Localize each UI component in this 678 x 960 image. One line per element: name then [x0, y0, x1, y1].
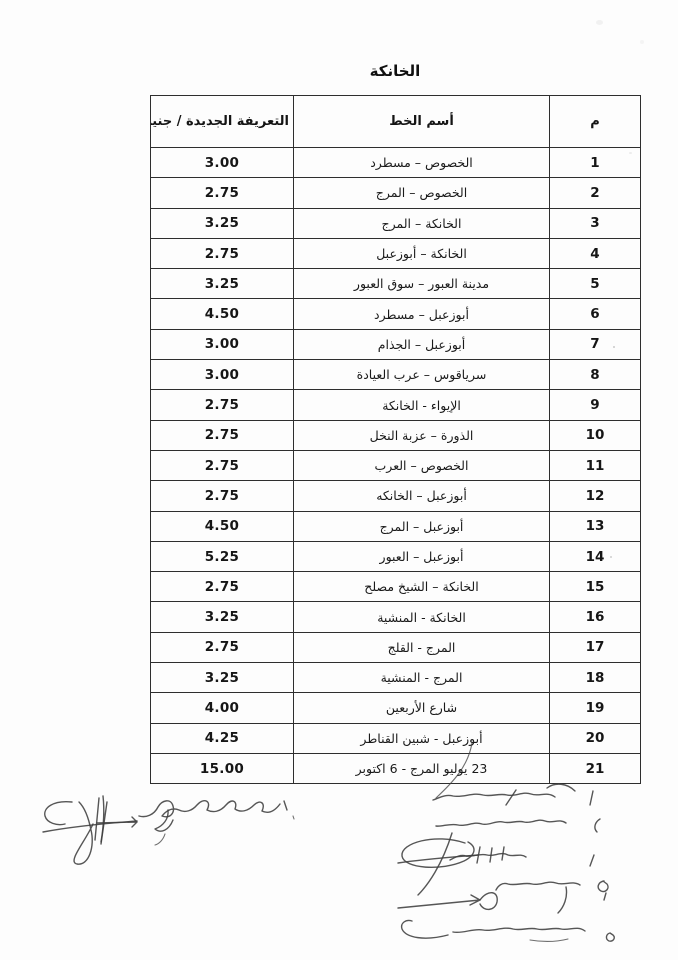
route-name: الخصوص – مسطرد	[294, 148, 550, 178]
fare-value: 3.25	[151, 602, 294, 632]
route-name: أبوزعبل – العبور	[294, 541, 550, 571]
route-name: الذورة – عزبة النخل	[294, 420, 550, 450]
row-number: 3	[550, 208, 641, 238]
route-name: المرج - المنشية	[294, 663, 550, 693]
table-row: 15 الخانكة – الشيخ مصلح 2.75	[151, 572, 641, 602]
table-row: 13 أبوزعبل – المرج 4.50	[151, 511, 641, 541]
route-name: أبوزعبل - شبين القناطر	[294, 723, 550, 753]
table-row: 17 المرج - القلج 2.75	[151, 632, 641, 662]
table-row: 10 الذورة – عزبة النخل 2.75	[151, 420, 641, 450]
route-name: أبوزعبل – مسطرد	[294, 299, 550, 329]
route-name: أبوزعبل – الخانكه	[294, 481, 550, 511]
fare-value: 2.75	[151, 178, 294, 208]
fare-value: 3.00	[151, 148, 294, 178]
row-number: 10	[550, 420, 641, 450]
route-name: الخصوص – المرج	[294, 178, 550, 208]
table-row: 6 أبوزعبل – مسطرد 4.50	[151, 299, 641, 329]
table-row: 12 أبوزعبل – الخانكه 2.75	[151, 481, 641, 511]
fare-value: 2.75	[151, 481, 294, 511]
row-number: 20	[550, 723, 641, 753]
row-number: 4	[550, 238, 641, 268]
header-number: م	[550, 96, 641, 148]
route-name: المرج - القلج	[294, 632, 550, 662]
table-row: 4 الخانكة – أبوزعبل 2.75	[151, 238, 641, 268]
document-page: الخانكة م أسم الخط التعريفة الجديدة / جن…	[0, 0, 678, 960]
table-row: 3 الخانكة – المرج 3.25	[151, 208, 641, 238]
fare-table: م أسم الخط التعريفة الجديدة / جنيه 1 الخ…	[150, 95, 641, 784]
fare-value: 2.75	[151, 450, 294, 480]
row-number: 8	[550, 360, 641, 390]
fare-value: 4.25	[151, 723, 294, 753]
table-row: 8 سرياقوس – عرب العيادة 3.00	[151, 360, 641, 390]
table-row: 19 شارع الأربعين 4.00	[151, 693, 641, 723]
fare-value: 4.00	[151, 693, 294, 723]
row-number: 15	[550, 572, 641, 602]
row-number: 13	[550, 511, 641, 541]
row-number: 12	[550, 481, 641, 511]
table-row: 7 أبوزعبل – الجذام 3.00	[151, 329, 641, 359]
fare-value: 5.25	[151, 541, 294, 571]
table-row: 14 أبوزعبل – العبور 5.25	[151, 541, 641, 571]
signature-left	[15, 790, 325, 895]
table-row: 5 مدينة العبور – سوق العبور 3.25	[151, 269, 641, 299]
fare-value: 2.75	[151, 238, 294, 268]
fare-value: 4.50	[151, 299, 294, 329]
table-row: 1 الخصوص – مسطرد 3.00	[151, 148, 641, 178]
route-name: 23 يوليو المرج - 6 اكتوبر	[294, 753, 550, 783]
row-number: 6	[550, 299, 641, 329]
table-row: 2 الخصوص – المرج 2.75	[151, 178, 641, 208]
row-number: 21	[550, 753, 641, 783]
route-name: الخصوص – العرب	[294, 450, 550, 480]
header-line-name: أسم الخط	[294, 96, 550, 148]
header-row: م أسم الخط التعريفة الجديدة / جنيه	[151, 96, 641, 148]
fare-value: 2.75	[151, 390, 294, 420]
table-row: 16 الخانكة - المنشية 3.25	[151, 602, 641, 632]
row-number: 5	[550, 269, 641, 299]
route-name: الخانكة – المرج	[294, 208, 550, 238]
page-title: الخانكة	[150, 62, 640, 80]
route-name: الخانكة - المنشية	[294, 602, 550, 632]
row-number: 14	[550, 541, 641, 571]
row-number: 19	[550, 693, 641, 723]
fare-value: 3.00	[151, 360, 294, 390]
row-number: 11	[550, 450, 641, 480]
fare-value: 3.25	[151, 663, 294, 693]
table-row: 9 الإيواء - الخانكة 2.75	[151, 390, 641, 420]
table-row: 11 الخصوص – العرب 2.75	[151, 450, 641, 480]
row-number: 16	[550, 602, 641, 632]
row-number: 17	[550, 632, 641, 662]
fare-table-header: م أسم الخط التعريفة الجديدة / جنيه	[151, 96, 641, 148]
table-row: 18 المرج - المنشية 3.25	[151, 663, 641, 693]
fare-value: 3.25	[151, 269, 294, 299]
route-name: شارع الأربعين	[294, 693, 550, 723]
row-number: 9	[550, 390, 641, 420]
row-number: 18	[550, 663, 641, 693]
route-name: مدينة العبور – سوق العبور	[294, 269, 550, 299]
table-row: 20 أبوزعبل - شبين القناطر 4.25	[151, 723, 641, 753]
fare-value: 4.50	[151, 511, 294, 541]
route-name: الإيواء - الخانكة	[294, 390, 550, 420]
scan-speck	[596, 20, 603, 25]
fare-value: 2.75	[151, 420, 294, 450]
route-name: سرياقوس – عرب العيادة	[294, 360, 550, 390]
route-name: الخانكة – أبوزعبل	[294, 238, 550, 268]
header-new-fare: التعريفة الجديدة / جنيه	[151, 96, 294, 148]
fare-table-body: 1 الخصوص – مسطرد 3.00 2 الخصوص – المرج 2…	[151, 148, 641, 784]
route-name: أبوزعبل – الجذام	[294, 329, 550, 359]
route-name: أبوزعبل – المرج	[294, 511, 550, 541]
fare-value: 3.25	[151, 208, 294, 238]
row-number: 7	[550, 329, 641, 359]
fare-value: 2.75	[151, 632, 294, 662]
row-number: 1	[550, 148, 641, 178]
fare-value: 15.00	[151, 753, 294, 783]
scan-speck	[640, 40, 644, 44]
route-name: الخانكة – الشيخ مصلح	[294, 572, 550, 602]
table-row: 21 23 يوليو المرج - 6 اكتوبر 15.00	[151, 753, 641, 783]
row-number: 2	[550, 178, 641, 208]
fare-value: 2.75	[151, 572, 294, 602]
fare-value: 3.00	[151, 329, 294, 359]
